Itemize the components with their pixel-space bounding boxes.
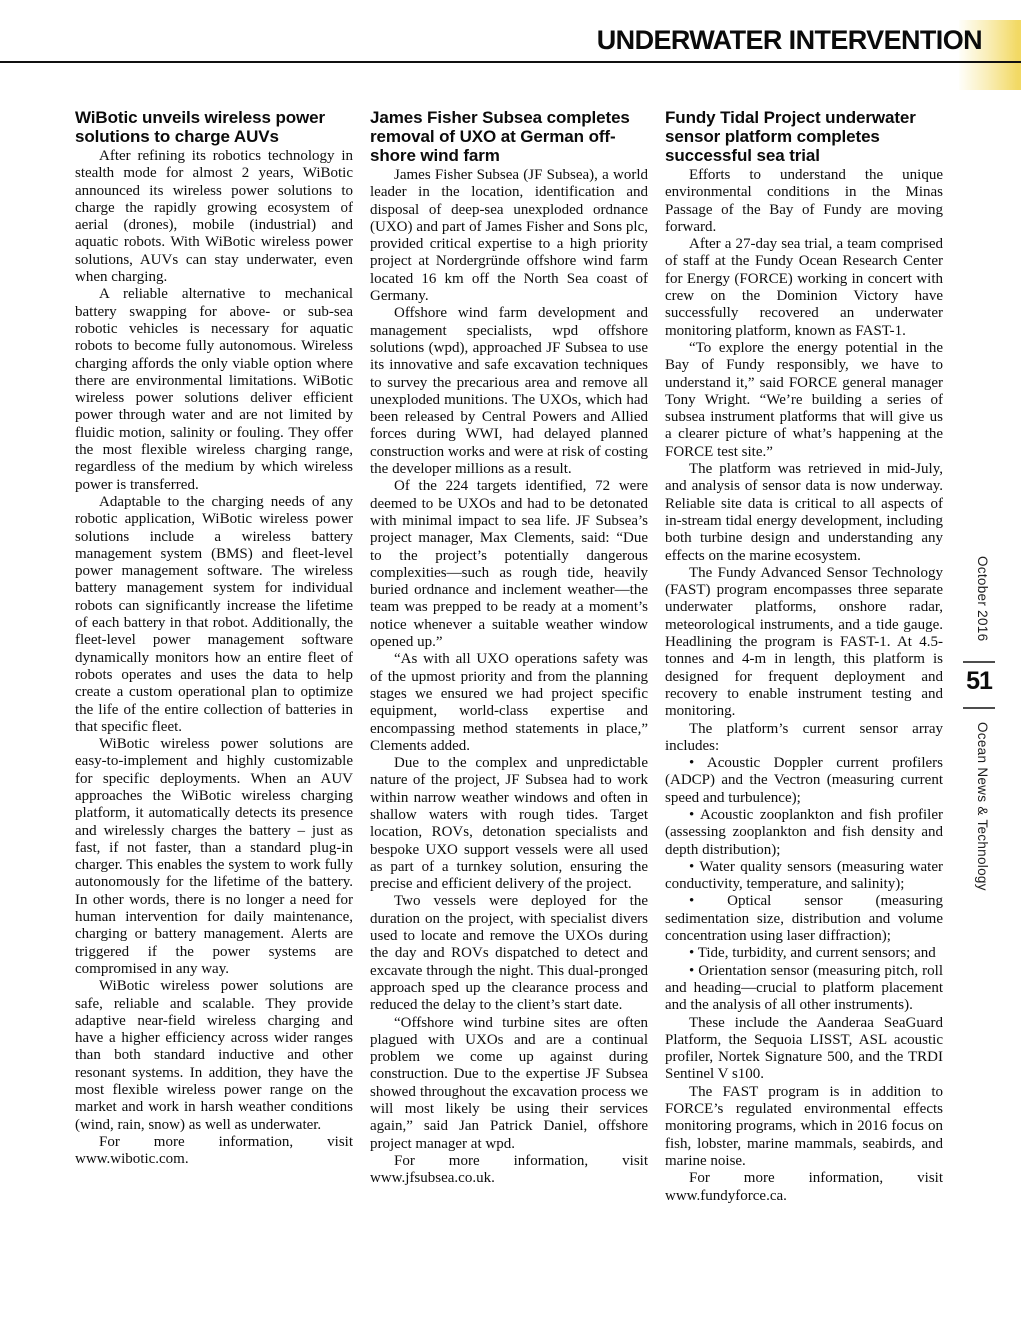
article-paragraph: • Acoustic Doppler current profilers (AD… bbox=[665, 755, 943, 807]
article-paragraph: For more information, visit www.wibotic.… bbox=[75, 1134, 353, 1169]
article-paragraph: The Fundy Advanced Sensor Technology (FA… bbox=[665, 565, 943, 721]
article-paragraph: Efforts to understand the unique environ… bbox=[665, 167, 943, 236]
sidebar-issue-date: October 2016 bbox=[975, 556, 990, 641]
sidebar-page-number: 51 bbox=[959, 667, 999, 696]
article-paragraph: “As with all UXO operations safety was o… bbox=[370, 651, 648, 755]
article-paragraph: “To explore the energy potential in the … bbox=[665, 340, 943, 461]
header-rule bbox=[0, 61, 1021, 63]
article-paragraph: The FAST program is in addition to FORCE… bbox=[665, 1084, 943, 1170]
article-paragraph: • Orientation sensor (measuring pitch, r… bbox=[665, 963, 943, 1015]
article-paragraph: A reliable alternative to mechanical bat… bbox=[75, 286, 353, 494]
article-paragraph: WiBotic wireless power solutions are eas… bbox=[75, 736, 353, 978]
article-paragraph: Of the 224 targets identified, 72 were d… bbox=[370, 478, 648, 651]
article-paragraph: The platform’s current sensor array incl… bbox=[665, 721, 943, 756]
article-column-fundy-tidal: Fundy Tidal Project underwater sensor pl… bbox=[665, 108, 943, 1205]
sidebar-divider-bottom bbox=[963, 707, 995, 709]
article-column-jf-subsea: James Fisher Subsea completes removal of… bbox=[370, 108, 648, 1205]
article-title: WiBotic unveils wireless power solutions… bbox=[75, 108, 353, 146]
article-title: Fundy Tidal Project underwater sensor pl… bbox=[665, 108, 943, 165]
article-title: James Fisher Subsea completes removal of… bbox=[370, 108, 648, 165]
article-paragraph: “Offshore wind turbine sites are often p… bbox=[370, 1015, 648, 1153]
sidebar-divider-top bbox=[963, 661, 995, 663]
article-columns: WiBotic unveils wireless power solutions… bbox=[75, 108, 947, 1205]
magazine-page: UNDERWATER INTERVENTION WiBotic unveils … bbox=[0, 0, 1024, 1330]
article-paragraph: WiBotic wireless power solutions are saf… bbox=[75, 978, 353, 1134]
article-paragraph: For more information, visit www.fundyfor… bbox=[665, 1170, 943, 1205]
article-paragraph: • Water quality sensors (measuring water… bbox=[665, 859, 943, 894]
article-paragraph: • Optical sensor (measuring sedimentatio… bbox=[665, 893, 943, 945]
article-paragraph: Due to the complex and unpredictable nat… bbox=[370, 755, 648, 893]
article-paragraph: James Fisher Subsea (JF Subsea), a world… bbox=[370, 167, 648, 305]
article-paragraph: For more information, visit www.jfsubsea… bbox=[370, 1153, 648, 1188]
article-column-wibotic: WiBotic unveils wireless power solutions… bbox=[75, 108, 353, 1205]
article-paragraph: • Tide, turbidity, and current sensors; … bbox=[665, 945, 943, 962]
article-paragraph: • Acoustic zooplankton and fish profiler… bbox=[665, 807, 943, 859]
article-paragraph: Offshore wind farm development and manag… bbox=[370, 305, 648, 478]
sidebar-publication-name: Ocean News & Technology bbox=[975, 722, 990, 891]
page-header-title: UNDERWATER INTERVENTION bbox=[597, 25, 982, 56]
article-paragraph: The platform was retrieved in mid-July, … bbox=[665, 461, 943, 565]
article-paragraph: Adaptable to the charging needs of any r… bbox=[75, 494, 353, 736]
article-paragraph: Two vessels were deployed for the durati… bbox=[370, 893, 648, 1014]
article-paragraph: After a 27-day sea trial, a team compris… bbox=[665, 236, 943, 340]
article-paragraph: After refining its robotics technology i… bbox=[75, 148, 353, 286]
article-paragraph: These include the Aanderaa SeaGuard Plat… bbox=[665, 1015, 943, 1084]
